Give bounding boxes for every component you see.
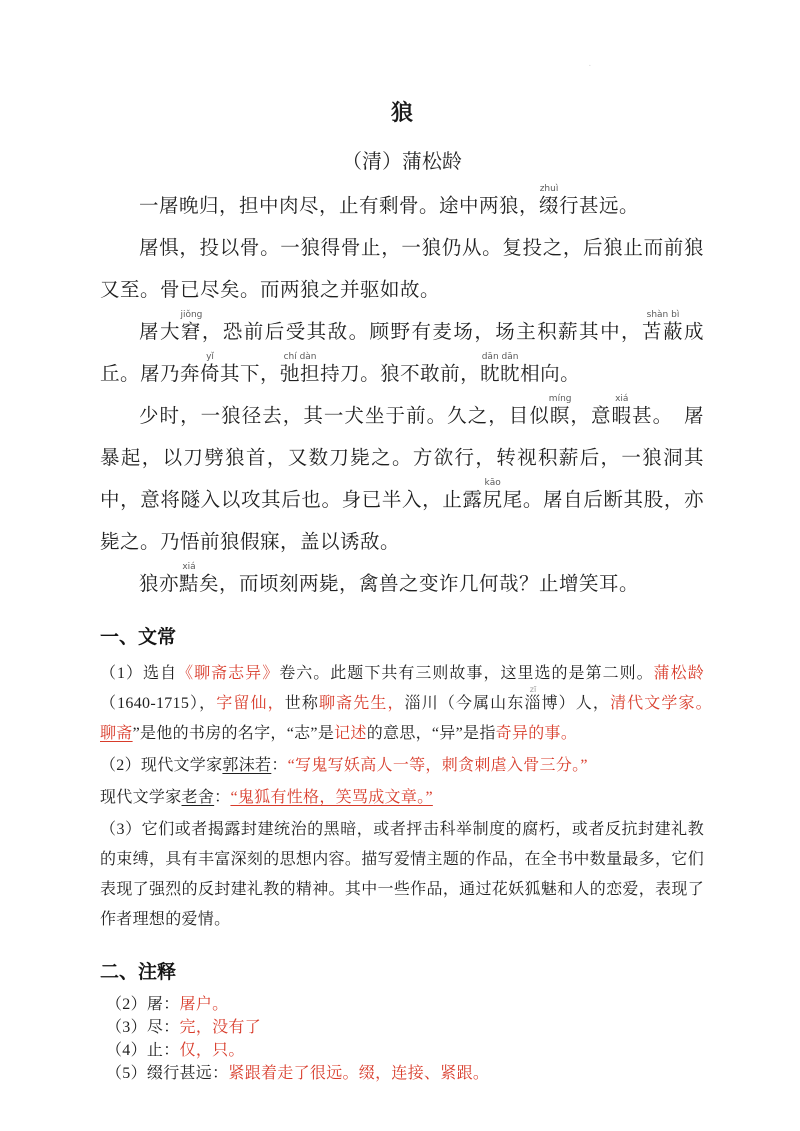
text-segment: 世称 <box>285 695 319 712</box>
text-segment: 紧跟着走了很远。缀，连接、紧跟。 <box>228 1065 489 1082</box>
paragraph: 现代文学家老舍：“鬼狐有性格，笑骂成文章。” <box>100 783 704 813</box>
pinyin-annotation: yǐ <box>206 353 214 362</box>
text-segment: 仅，只。 <box>180 1042 245 1059</box>
text-segment: 字留仙， <box>216 695 285 712</box>
paragraph: （2）屠：屠户。 <box>100 993 704 1016</box>
pinyin-annotation: xiá <box>615 395 628 404</box>
text-segment: ： <box>271 757 287 774</box>
text-segment: 现代文学家 <box>100 789 182 806</box>
text-segment: 狼亦 <box>139 574 179 595</box>
text-segment: ”是他的书房的名字，“志”是 <box>133 725 335 742</box>
text-segment <box>704 695 720 712</box>
text-segment: 蒲松龄 <box>654 665 704 682</box>
paragraph: （5）缀行甚远：紧跟着走了很远。缀，连接、紧跟。 <box>100 1062 704 1085</box>
annotated-character: xiá暇 <box>612 406 633 427</box>
text-segment: ，恐前后受其敌。顾野有麦场，场主积薪其中， <box>202 322 642 343</box>
text-segment: 屠户。 <box>180 996 229 1013</box>
text-segment: “写鬼写妖高人一等，刺贪刺虐入骨三分。” <box>288 757 588 774</box>
text-segment: 淄川（今属山东 <box>405 695 525 712</box>
text-segment: 清代文学家。 <box>610 695 704 712</box>
annotated-character: dān dān眈眈 <box>480 364 520 385</box>
paragraph: 一屠晚归，担中肉尽，止有剩骨。途中两狼，zhuì缀行甚远。 <box>100 186 704 228</box>
annotated-character: yǐ倚 <box>200 364 220 385</box>
text-segment: 屠大 <box>139 322 181 343</box>
pinyin-annotation: dān dān <box>482 353 519 362</box>
text-segment: 矣，而顷刻两毙，禽兽之变诈几何哉？止增笑耳。 <box>199 574 639 595</box>
section-heading-wenchang: 一、文常 <box>100 626 704 650</box>
text-segment: （3）尽： <box>106 1019 180 1036</box>
text-segment: 其下， <box>220 364 280 385</box>
paragraph: （3）它们或者揭露封建统治的黑暗，或者抨击科举制度的腐朽，或者反抗封建礼教的束缚… <box>100 815 704 935</box>
section-wenchang-notes: （1）选自《聊斋志异》卷六。此题下共有三则故事，这里选的是第二则。蒲松龄（164… <box>100 659 704 935</box>
scan-artifact-mark: · <box>588 60 594 72</box>
doc-author: （清）蒲松龄 <box>100 150 704 174</box>
text-segment: 博）人， <box>542 695 611 712</box>
text-segment: 老舍 <box>182 789 215 806</box>
annotated-character: jiǒng窘 <box>181 322 202 343</box>
text-segment: （1）选自 <box>100 665 177 682</box>
annotated-character: míng瞑 <box>550 406 571 427</box>
paragraph: 狼亦xiá黠矣，而顷刻两毙，禽兽之变诈几何哉？止增笑耳。 <box>100 564 704 606</box>
document-page: · 狼 （清）蒲松龄 一屠晚归，担中肉尽，止有剩骨。途中两狼，zhuì缀行甚远。… <box>0 0 800 1131</box>
text-segment: 聊斋先生， <box>319 695 405 712</box>
annotated-character: chí dàn弛担 <box>280 364 320 385</box>
section-zhushi-notes: （2）屠：屠户。（3）尽：完，没有了（4）止：仅，只。（5）缀行甚远：紧跟着走了… <box>100 993 704 1085</box>
text-segment: ： <box>214 789 230 806</box>
paragraph: （4）止：仅，只。 <box>100 1039 704 1062</box>
paragraph: （1）选自《聊斋志异》卷六。此题下共有三则故事，这里选的是第二则。蒲松龄（164… <box>100 659 704 749</box>
text-segment: 卷六。此题下共有三则故事，这里选的是第二则。 <box>279 665 653 682</box>
annotated-character: xiá黠 <box>179 574 199 595</box>
text-segment: （5）缀行甚远： <box>106 1065 228 1082</box>
text-segment: （2）现代文学家 <box>100 757 222 774</box>
text-segment: （3）它们或者揭露封建统治的黑暗，或者抨击科举制度的腐朽，或者反抗封建礼教的束缚… <box>100 821 704 928</box>
main-text: 一屠晚归，担中肉尽，止有剩骨。途中两狼，zhuì缀行甚远。屠惧，投以骨。一狼得骨… <box>100 186 704 606</box>
text-segment: 记述 <box>334 725 367 742</box>
pinyin-annotation: míng <box>549 395 572 404</box>
text-segment: 《聊斋志异》 <box>177 665 279 682</box>
paragraph: 少时，一狼径去，其一犬坐于前。久之，目似míng瞑，意xiá暇甚。 屠暴起，以刀… <box>100 396 704 564</box>
annotated-character: zī淄 <box>524 695 541 712</box>
paragraph: 屠大jiǒng窘，恐前后受其敌。顾野有麦场，场主积薪其中，shàn bì苫蔽成丘… <box>100 312 704 396</box>
text-segment: 屠惧，投以骨。一狼得骨止，一狼仍从。复投之，后狼止而前狼又至。骨已尽矣。而两狼之… <box>100 238 704 301</box>
text-segment: 少时，一狼径去，其一犬坐于前。久之，目似 <box>139 406 550 427</box>
annotated-character: kāo尻 <box>483 490 503 511</box>
annotated-character: zhuì缀 <box>539 196 559 217</box>
text-segment: （4）止： <box>106 1042 180 1059</box>
text-segment: 一屠晚归，担中肉尽，止有剩骨。途中两狼， <box>139 196 539 217</box>
text-segment: 相向。 <box>520 364 580 385</box>
pinyin-annotation: zī <box>530 686 536 694</box>
pinyin-annotation: chí dàn <box>284 353 317 362</box>
paragraph: （2）现代文学家郭沫若：“写鬼写妖高人一等，刺贪刺虐入骨三分。” <box>100 751 704 781</box>
text-segment: 郭沫若 <box>222 757 271 774</box>
text-segment: ，意 <box>570 406 611 427</box>
text-segment: 行甚远。 <box>559 196 639 217</box>
pinyin-annotation: jiǒng <box>180 311 202 320</box>
text-segment: （2）屠： <box>106 996 180 1013</box>
text-segment: （1640-1715）， <box>100 695 216 712</box>
text-segment: 的意思，“异”是指 <box>367 725 496 742</box>
text-segment: “鬼狐有性格，笑骂成文章。” <box>230 789 432 806</box>
pinyin-annotation: kāo <box>485 479 501 488</box>
text-segment: 聊斋 <box>100 725 133 742</box>
doc-title: 狼 <box>100 0 704 126</box>
annotated-character: shàn bì苫蔽 <box>642 322 684 343</box>
pinyin-annotation: shàn bì <box>647 311 680 320</box>
text-segment: 持刀。狼不敢前， <box>320 364 480 385</box>
paragraph: 屠惧，投以骨。一狼得骨止，一狼仍从。复投之，后狼止而前狼又至。骨已尽矣。而两狼之… <box>100 228 704 312</box>
section-heading-zhushi: 二、注释 <box>100 961 704 985</box>
text-segment: 完，没有了 <box>180 1019 262 1036</box>
pinyin-annotation: zhuì <box>540 185 559 194</box>
paragraph: （3）尽：完，没有了 <box>100 1016 704 1039</box>
pinyin-annotation: xiá <box>182 563 195 572</box>
page-content: 狼 （清）蒲松龄 一屠晚归，担中肉尽，止有剩骨。途中两狼，zhuì缀行甚远。屠惧… <box>0 0 800 1085</box>
text-segment: 奇异的事。 <box>496 725 578 742</box>
